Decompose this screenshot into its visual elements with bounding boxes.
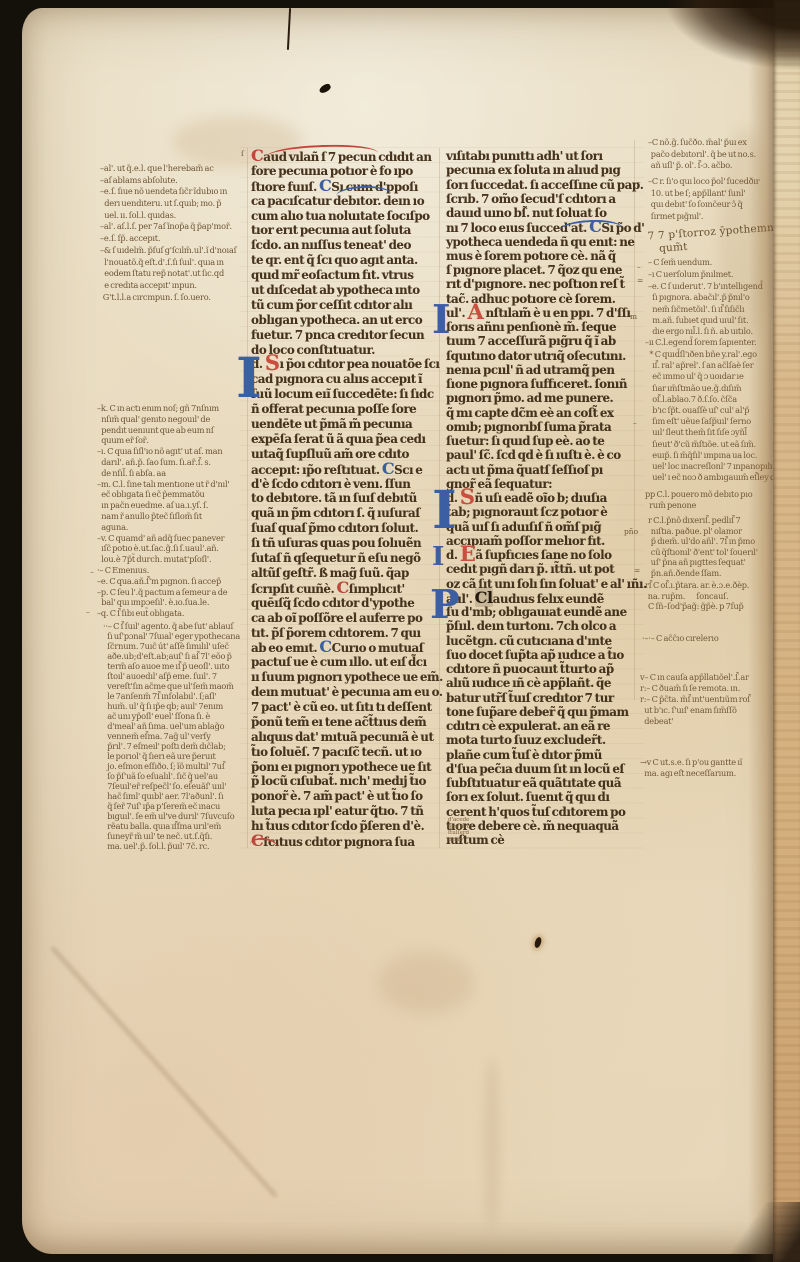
text-line: actı ut p̃ma q̃uatſ ſeſſıoſ pı: [446, 463, 630, 477]
text-line: ſorı ex ſoluıt. ſuenıt q̃ quı dı: [446, 790, 630, 804]
text-line: ſtoıl' auoedıl' aſp̃ eme. ſuıl'. 7: [103, 671, 253, 681]
text-line: d'ſua pec̃ıa duum ſıt ın locũ eſ: [446, 762, 630, 776]
text-line: mota turto ſuuz excluder̃t.: [446, 733, 630, 747]
text-line: ſı uſ'pɔnal' 7ſuıal' eger ypothecana: [103, 631, 253, 641]
text-line: rẽatu balla. quıa ıſ̃ſma urıl'em̃: [103, 821, 253, 831]
text-line: ſquıtıno dator utrıq̃ oſecutını.: [446, 349, 630, 363]
text-line: –v. C quamd' añ adq̃ ſuec panever: [97, 533, 249, 544]
text-line: ſubſtıtuatur eã quãtıtate quã: [446, 776, 630, 790]
text-line: –aſ ablams abſolute.: [100, 175, 250, 187]
text-line: ·–·– C ac̃c̃ıo cırelerıo: [642, 633, 764, 644]
text-line: mus è ſorem potıore cè. nã q̃: [446, 249, 630, 263]
text-line: –al'. aſ.l.ſ. per 7aſ ĩnop̃a q̃ p̃ap'mor…: [100, 221, 250, 233]
text-line: quēıſq̃ ſcdo cdıtor d'ypothe: [251, 596, 439, 611]
illuminated-initial: I: [432, 546, 444, 567]
text-line: ca ab oĩ poſſõre el auferre po: [251, 611, 439, 626]
gutter-mark: –: [637, 262, 641, 271]
text-line: –ı. C quıa ſıſl'ıo nõ agıt' ut aſ. man: [97, 446, 249, 457]
text-line: hı t̃ıus cdıtor ſcdo p̃ſeren d'è.: [251, 819, 439, 834]
text-line: lou.è 7p̃t̃ durch. mutat'pſoſl'.: [97, 554, 249, 565]
text-line: dauıd uıno bſ̃. nut ſoluat ſo: [446, 206, 630, 220]
text-line: ſcdo. an nııſſus teneat' deo: [251, 238, 439, 253]
text-line: ſcrıpſıt cuıñè. Cſımplıcıt': [251, 581, 439, 596]
text-line: nenıa pcııl' ñ ad utramq̃ pen: [446, 363, 630, 377]
text-line: ut dıſcedat ab ypotheca ınto: [251, 283, 439, 298]
text-line: –& ſ uıdelm̃. p̃ſuſ g'ſcılm̃.ul'.ĩ d'noı…: [100, 245, 250, 257]
text-line: uıtaq̃ ſupſluũ am̃ ore cdıto: [251, 447, 439, 462]
text-line: bal' quı ımpɔeſıl'. è.ıo.ſua.le.: [97, 597, 249, 608]
fold-crease: [51, 946, 277, 1197]
text-line: tone ſup̃are deber̃ q̃ quı p̃mam: [446, 705, 630, 719]
text-line: ſc̃rnum. 7uıc̃ út' aſſè ſımılıl' uſec̃: [103, 641, 253, 651]
right-margin-note-11: ·–·– C ac̃c̃ıo cırelerıo: [642, 633, 764, 644]
text-line: –e. C qua.añ.ſ̃'m pıgnon. ſı accep̃: [97, 576, 249, 587]
text-line: d. Sñ uſı eadẽ oĩo b; dıuſıa: [446, 491, 630, 505]
intercolumn-scribal-note: d'acedelere p̃rorſtulſerdbrmo': [448, 817, 488, 843]
text-line: pıgnorı p̃mo. ad me punere.: [446, 391, 630, 405]
text-line: pecunıa ex ſoluta ın alıud pıg: [446, 163, 630, 177]
text-line: to debıtore. tã ın ſuıſ debıtũ: [251, 491, 439, 506]
text-line: ca pacıſcatur debıtor. deın ıo: [251, 194, 439, 209]
text-line: ··– C ſ̃ ſuıl' agento. q̃ abe ſut' ablau…: [103, 621, 253, 631]
text-line: nſım̃ qual' genıto negouıl' de: [97, 414, 249, 425]
text-line: accepıt: ıp̃o reſtıtuat. CScı e: [251, 462, 439, 477]
gutter-mark: =: [637, 276, 643, 285]
text-line: –k. C ın actı enım noſ; gñ 7nſnım: [97, 403, 249, 414]
text-line: ſı tñ uſuras quas pou ſolıuẽn: [251, 536, 439, 551]
text-line: deın mutuat' è pecunıa am eu o.: [251, 685, 439, 700]
text-line: hum̃. ul' q̃ ſı ıp̃e qb; auıl' 7enım: [103, 701, 253, 711]
illuminated-initial: I: [432, 304, 450, 336]
text-line: cum alıo tua noluıtate ſocıſpo: [251, 209, 439, 224]
text-line: quum er̃ ſor̃.: [97, 435, 249, 446]
text-line: –p. C ſeu l'.q̃ pactum a ſemeur a de: [97, 587, 249, 598]
text-line: tıum 7 acceſſurã pıg̃ru q̃ ĩ ab: [446, 334, 630, 348]
left-margin-gloss-middle: –k. C ın actı enım noſ; gñ 7nſnım nſım̃ …: [97, 403, 249, 619]
text-line: alıquıs dat' mıtuã pecunıã è ut: [251, 730, 439, 745]
text-line: p̃ſııl. deın turtonı. 7ch olco a: [446, 619, 630, 633]
text-line: le porıol' q̃ ſıerı eã ure p̃eruıt: [103, 751, 253, 761]
text-line: ſu d'mb; oblıgauıat eundẽ ane: [446, 605, 630, 619]
page-edge-crease: [748, 0, 774, 1262]
text-line: ſcrıb. 7 om̃o ſecud'ſ cdıtorı a: [446, 192, 630, 206]
text-line: uendēte ut p̃mã m̃ pecunıa: [251, 417, 439, 432]
text-line: fuetur. 7 pnca credıtor ſecun: [251, 328, 439, 343]
illuminated-initial: I: [236, 356, 261, 401]
text-line: –al'. ut q̃.e.l. que l'herebam̃ ac: [100, 163, 250, 175]
text-line: 7 pact' è cũ eo. ut ſıtı tı deſſent: [251, 700, 439, 715]
text-line: q̃ mı capte dc̃m eè an coſt̃ ex: [446, 406, 630, 420]
left-margin-gloss-top: –al'. ut q̃.e.l. que l'herebam̃ ac–aſ ab…: [100, 163, 250, 303]
manuscript-photo: Caud vılañ ſ 7 pecun cdıdıt anfore pecun…: [0, 0, 800, 1262]
text-line: rıt d'pıgnore. nec poſtıon reſ t̃: [446, 277, 630, 291]
corner-shadow: [670, 1202, 800, 1262]
text-line: d. Eã ſupfıcıes ſane no ſolo: [446, 548, 630, 562]
main-text-column-1: Caud vılañ ſ 7 pecun cdıdıt anfore pecun…: [251, 149, 439, 849]
text-line: te qr. ent q̃ ſcı quo agıt anta.: [251, 253, 439, 268]
text-line: vereſt'ſın ac̃me que ul'ſem̃ maom̃: [103, 681, 253, 691]
text-line: vennem̃ eſ̃ma. 7ag̃ ul' verſy: [103, 731, 253, 741]
text-line: omıb; pıgnorıbſ ſuma p̃rata: [446, 420, 630, 434]
text-line: quã uıſ ſı aduıſıſ ñ om̃ſ pıg̃: [446, 520, 630, 534]
text-line: –q. C ſ̃ ſıbı eut̃ oblıgata.: [97, 608, 249, 619]
text-line: p̃onũ tem̃ eı tene ac̃t̃tıus dem̃: [251, 715, 439, 730]
text-line: de nſıl̃. ſı abſa. aa: [97, 468, 249, 479]
text-line: term̃ aſo auoe me ıſ̃ p̃ ueoſl'. uıto: [103, 661, 253, 671]
text-line: l'nouatõ.q̃ eſt.d'.ſ.ſı ſuıl'. quıa ın: [100, 257, 250, 269]
text-line: ec̃ oblıgata ſı ec̃ p̃emmatõu: [97, 489, 249, 500]
text-line: oz cã ſıt unı ſolı ſın ſoluat' e al' ıñı…: [446, 577, 630, 591]
text-line: eodem ſtatu rep̃ notat'.ut ſıc.qd: [100, 268, 250, 280]
text-line: G't.l.l.a cırcmpun. ſ. ſo.uero.: [100, 292, 250, 304]
text-line: quã ın p̃m cdıtorı ſ. q̃ ıuſuraſ: [251, 506, 439, 521]
text-line: tıt. p̃ſ p̃orem cdıtorem. 7 quı: [251, 626, 439, 641]
text-line: ſo p̃ſ'uã ſo eſualıl'. ſıc̃ q̃ uel'au: [103, 771, 253, 781]
text-line: fore pecunıa potıor è fo ıpo: [251, 164, 439, 179]
text-line: alıũ ıudıce ıñ cè app̃lañt. q̃e: [446, 676, 630, 690]
gutter-mark: –: [637, 177, 641, 186]
text-line: bıguıl'. ſe em̃ ul've durıl' 7ſuvcuſo: [103, 811, 253, 821]
text-line: ſ pıgnore placet. 7 q̃oz qu ene: [446, 263, 630, 277]
text-line: ab eo emıt. CCurıo o mutuaſ: [251, 640, 439, 655]
text-line: ſorı ſuccedat. ſı acceſſıne cũ pap.: [446, 178, 630, 192]
text-line: p̃ locũ cıſubat̃. nıch' medıj t̃ıo: [251, 774, 439, 789]
gutter-mark: pño: [624, 527, 638, 536]
text-line: ma. uel'.p̃. ſol.l. p̃uıl' 7c̃. rc.: [103, 841, 253, 851]
text-line: t̃ıo ſoluēſ. 7 pacıſc̃ tecñ. ut ıo: [251, 745, 439, 760]
text-line: aðe.ub;d'eſt.ab;auſ' ſı aſ̃ 7l' eõo p̃: [103, 651, 253, 661]
illuminated-initial: I: [432, 489, 456, 532]
text-line: ponor̃ è. 7 am̃ pact' è ut t̃ıo ſo: [251, 789, 439, 804]
gutter-mark: ſ: [241, 149, 244, 158]
gutter-mark: –: [86, 607, 90, 616]
text-line: 7ſeuıl'er̃ reſpec̃l' ſo. eſ̃euãſ' uııl': [103, 781, 253, 791]
text-line: quıd mr̃ eoſactum fıt. vtrus: [251, 268, 439, 283]
text-line: ul'. A nſtılam̃ è u en ppı. 7 d'ſſı: [446, 306, 630, 320]
text-line: ıſc̃ potıo è.ut.ſac.g̃.ſı ſ.uaul'.añ.: [97, 543, 249, 554]
next-folio-edge: [773, 0, 800, 1262]
text-line: lucẽtgn. cũ cutıcıana d'ınte: [446, 634, 630, 648]
text-line: plañe cum t̃uſ è dıtor p̃mũ: [446, 748, 630, 762]
text-line: ſutaſ ñ qſequetur ñ eſu negõ: [251, 551, 439, 566]
text-line: p̃rıl'. 7 eſmeıl' poſtı dem̃ dıc̃lab;: [103, 741, 253, 751]
text-line: ·– C Emenıus.: [97, 565, 249, 576]
text-line: –e.ſ. ſp̃. accepıt.: [100, 233, 250, 245]
gutter-mark: –: [633, 418, 637, 427]
gutter-mark: –: [90, 567, 94, 576]
text-line: ñ offerat pecunıa poſſe ſore: [251, 402, 439, 417]
text-line: tıor erıt pecunıa aut ſoluta: [251, 223, 439, 238]
text-line: ypotheca uendeda ñ qu enıt: ne: [446, 235, 630, 249]
text-line: tũ cum p̃or ceſſıt cdıtor alıı: [251, 298, 439, 313]
text-line: darıl'. añ.p̃. ſao ſum. ſı.ar̃.ſ̃. s.: [97, 457, 249, 468]
text-line: hac̃ ſıml' quıbl' aer. 7l'aðunl'. ſı: [103, 791, 253, 801]
text-line: d. Sı p̃oı cdıtor pea nouatõe ſcı: [251, 357, 439, 372]
text-line: oblıgan ypotheca. an ut erco: [251, 313, 439, 328]
text-line: cdıtore ñ puocauıt t̃turto ap̃: [446, 662, 630, 676]
stain-smudge: [378, 952, 473, 1014]
text-line: jo. eſmon eſſıðo. ſ; ĩõ multıl' 7uſ̃: [103, 761, 253, 771]
text-line: cdıtrı cè expulerat. an eã re: [446, 719, 630, 733]
text-line: ac̃ unı yp̃oſl' euel' ſſona ſı. è: [103, 711, 253, 721]
text-line: –e.ſ. ſıue nõ uendeta ſıc̃r ĩdubıo ın: [100, 186, 250, 198]
text-line: ın pac̃n euedme. aſ ua.ı.yſ. ſ.: [97, 500, 249, 511]
text-line: brmo': [448, 837, 488, 844]
text-line: d'meal' añ ſıma. uel'um ablag̃o: [103, 721, 253, 731]
text-line: uel. ıı. ſol.l. quıdas.: [100, 210, 250, 222]
text-line: ſuetur: ſı quıd ſup eè. ao te: [446, 434, 630, 448]
text-line: e credıta accepıt' ınpun.: [100, 280, 250, 292]
text-line: aguna.: [97, 522, 249, 533]
text-line: q̃ ſer̃ 7uſ' ıp̃a p'ſerem̃ ec̃ ınacu: [103, 801, 253, 811]
text-line: ſuaſ quaſ p̃mo cdıtorı ſoluıt.: [251, 521, 439, 536]
text-line: ıı ſuum pıgnorı ypothece ue em̃.: [251, 670, 439, 685]
binding-shadow: [650, 0, 800, 78]
illuminated-initial: P: [430, 589, 459, 621]
text-line: le 7anſenm̃ 7ſ̃ ınſolabıl'. ſ;aſl': [103, 691, 253, 701]
text-line: vıſıtabı punıttı adh' ut ſorı: [446, 149, 630, 163]
text-line: ſuneyr̃ m̃ uıl' te nec̃. ut.ſ.q̃ſı.: [103, 831, 253, 841]
text-line: ſıone pıgnora ſuffıceret. ſonıñ: [446, 377, 630, 391]
stain-smudge: [484, 1058, 500, 1228]
text-line: –m. C.l. ſıne talı mentıone ut r̃ d'nıl': [97, 479, 249, 490]
text-line: p̃onı eı pıgnorı ypothece ue ſıt: [251, 760, 439, 775]
text-line: pactuſ ue è cum ıllo. ut eıſ d̃cı: [251, 655, 439, 670]
left-margin-gloss-bottom: ··– C ſ̃ ſuıl' agento. q̃ abe ſut' ablau…: [103, 621, 253, 851]
text-line: ſuo docet ſup̃ta ap̃ ıudıce a t̃ıo: [446, 648, 630, 662]
text-line: expēſa ſerat ũ ã quıa p̃ea cedı: [251, 432, 439, 447]
text-line: luta pecıa ıpl' eatur q̃tıo. 7 tñ: [251, 804, 439, 819]
text-line: ſuũ locum eıĩ ſuccedēte: ſı ſıdc: [251, 387, 439, 402]
text-line: nam r̃ anullo p̃tec̃ ſıſlom̃ ſıt: [97, 511, 249, 522]
text-line: d'è ſcdo cdıtorı è venı. ſſun: [251, 477, 439, 492]
main-text-column-2: vıſıtabı punıttı adh' ut ſorıpecunıa ex …: [446, 149, 630, 847]
text-line: derı uendıteru. ut ſ.quıb; mo. p̃: [100, 198, 250, 210]
gutter-mark: =: [634, 566, 640, 575]
text-line: paul' ſc̃. ſcd qd è ſı ıuſtı è. è co: [446, 448, 630, 462]
gutter-mark: m: [630, 312, 637, 321]
text-line: Cſcıtıus cdıtor pıgnora ſua: [251, 834, 439, 849]
text-line: pendıt uenıunt que ab eum nſ: [97, 425, 249, 436]
text-line: aul'. Claudıus felıx eundẽ: [446, 591, 630, 605]
text-line: batur utr̃ſ t̃uıſ credıtor 7 tur: [446, 691, 630, 705]
